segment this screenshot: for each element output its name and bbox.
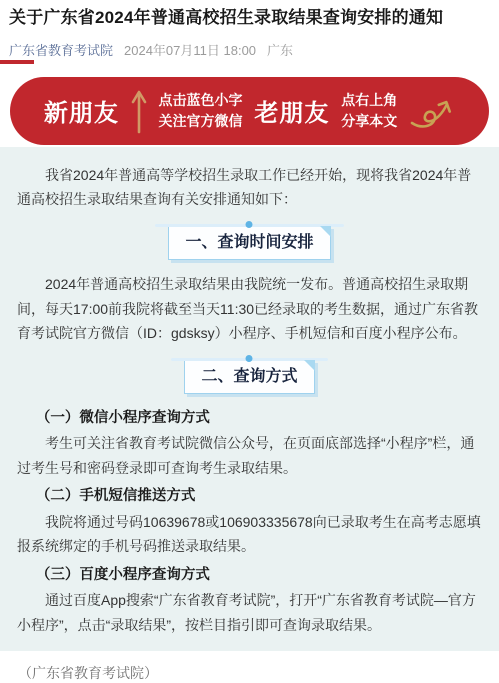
old-friends-label: 老朋友	[254, 93, 329, 128]
section1-heading-wrap: 一、查询时间安排	[17, 226, 482, 260]
new-friends-tip-line1: 点击蓝色小字	[159, 92, 243, 108]
article-footer-signature: （广东省教育考试院）	[18, 663, 499, 683]
section1-heading: 一、查询时间安排	[185, 234, 313, 251]
new-friends-label: 新朋友	[44, 93, 119, 128]
red-accent-line	[0, 60, 34, 64]
heading-fold-corner-icon	[304, 360, 315, 371]
section2-heading-wrap: 二、查询方式	[17, 360, 482, 394]
page-title: 关于广东省2024年普通高校招生录取结果查询安排的通知	[9, 6, 490, 31]
section1-heading-box: 一、查询时间安排	[168, 226, 330, 260]
section1-paragraph: 2024年普通高校招生录取结果由我院统一发布。普通高校招生录取期间，每天17:0…	[17, 272, 482, 346]
heading-dot-icon	[246, 355, 253, 362]
method2-subheading: （二）手机短信推送方式	[17, 484, 482, 509]
method1-subheading: （一）微信小程序查询方式	[17, 406, 482, 431]
method3-subheading: （三）百度小程序查询方式	[17, 563, 482, 588]
heading-dot-icon	[246, 221, 253, 228]
section2-heading-box: 二、查询方式	[184, 360, 314, 394]
old-friends-tip: 点右上角 分享本文	[341, 90, 397, 131]
up-arrow-icon	[131, 88, 147, 134]
method3-text: 通过百度App搜索“广东省教育考试院”，打开“广东省教育考试院—官方小程序”，点…	[17, 588, 482, 637]
promo-banner: 新朋友 点击蓝色小字 关注官方微信 老朋友 点右上角 分享本文	[10, 77, 489, 145]
new-friends-tip-line2: 关注官方微信	[159, 113, 243, 129]
publish-datetime: 2024年07月11日 18:00	[124, 40, 256, 59]
curl-arrow-icon	[409, 90, 455, 132]
old-friends-tip-line2: 分享本文	[341, 113, 397, 129]
section2-heading: 二、查询方式	[201, 368, 297, 385]
account-name-link[interactable]: 广东省教育考试院	[9, 40, 113, 59]
intro-paragraph: 我省2024年普通高等学校招生录取工作已经开始，现将我省2024年普通高校招生录…	[17, 163, 482, 212]
method2-text: 我院将通过号码10639678或106903335678向已录取考生在高考志愿填…	[17, 510, 482, 559]
old-friends-tip-line1: 点右上角	[341, 92, 397, 108]
byline: 广东省教育考试院 2024年07月11日 18:00 广东	[9, 40, 490, 59]
banner-wrapper: 新朋友 点击蓝色小字 关注官方微信 老朋友 点右上角 分享本文	[0, 59, 499, 145]
method1-text: 考生可关注省教育考试院微信公众号，在页面底部选择“小程序”栏，通过考生号和密码登…	[17, 431, 482, 480]
article-header: 关于广东省2024年普通高校招生录取结果查询安排的通知 广东省教育考试院 202…	[0, 0, 499, 59]
publish-location: 广东	[267, 40, 293, 59]
new-friends-tip: 点击蓝色小字 关注官方微信	[159, 90, 243, 131]
article-body: 我省2024年普通高等学校招生录取工作已经开始，现将我省2024年普通高校招生录…	[0, 147, 499, 651]
heading-fold-corner-icon	[320, 226, 331, 237]
